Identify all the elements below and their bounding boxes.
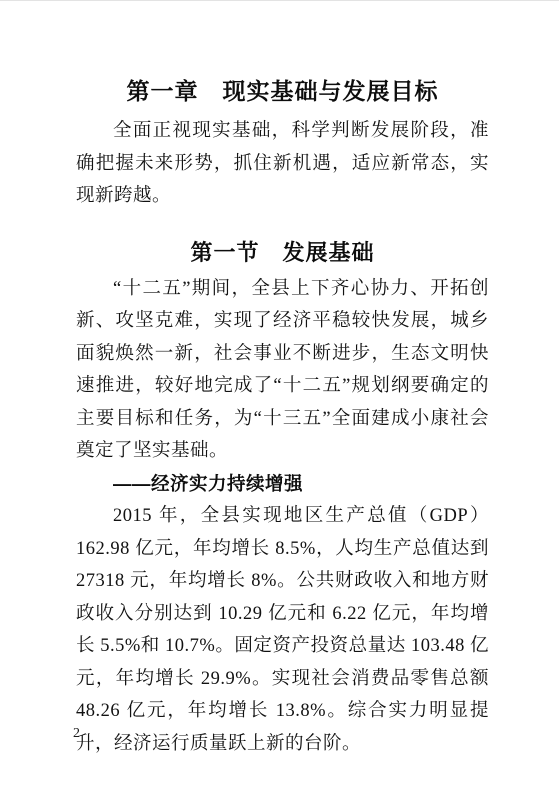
paragraph-economy-statistics: 2015 年，全县实现地区生产总值（GDP）162.98 亿元，年均增长 8.5… (76, 500, 489, 760)
subheading-economic-strength: ——经济实力持续增强 (76, 468, 489, 501)
section-heading: 第一节 发展基础 (76, 237, 489, 269)
chapter-heading: 第一章 现实基础与发展目标 (76, 75, 489, 107)
paragraph-achievements: “十二五”期间，全县上下齐心协力、开拓创新、攻坚克难，实现了经济平稳较快发展，城… (76, 273, 489, 468)
page-number: 2 (73, 725, 80, 743)
document-page: { "page": { "chapter_heading": "第一章 现实基础… (0, 0, 559, 794)
page-content: 第一章 现实基础与发展目标 全面正视现实基础，科学判断发展阶段，准确把握未来形势… (0, 1, 559, 794)
lead-paragraph: 全面正视现实基础，科学判断发展阶段，准确把握未来形势，抓住新机遇，适应新常态，实… (76, 115, 489, 213)
